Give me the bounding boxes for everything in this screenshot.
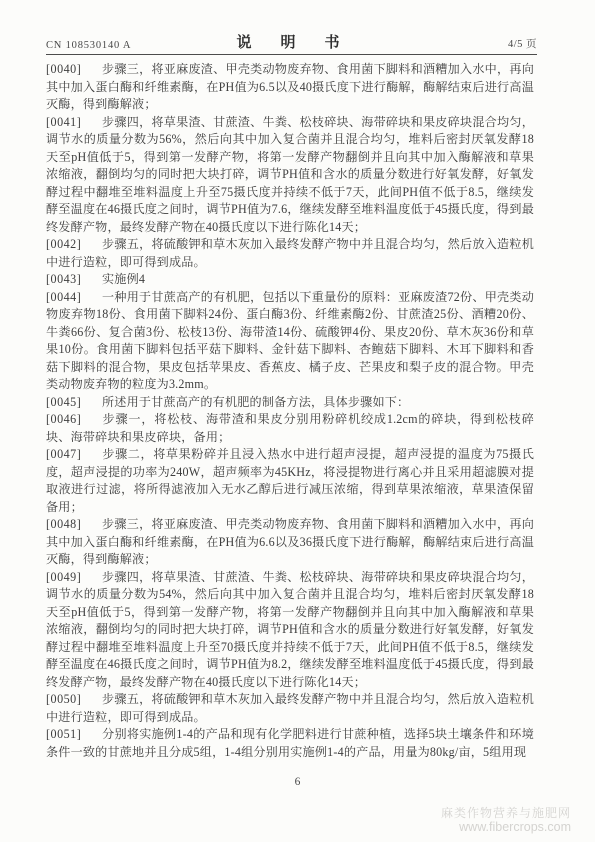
page-header: CN 108530140 A 说 明 书 4/5 页: [46, 34, 537, 55]
paragraph-number: [0045]: [46, 394, 86, 412]
paragraph-text: 步骤四，将草果渣、甘蔗渣、牛粪、松枝碎块、海带碎块和果皮碎块混合均匀，调节水的质…: [46, 570, 534, 689]
watermark-site-url: www.fibercrops.com: [441, 820, 571, 834]
paragraph-text: 分别将实施例1-4的产品和现有化学肥料进行甘蔗种植，选择5块土壤条件和环境条件一…: [46, 727, 534, 759]
paragraph-text: 步骤四，将草果渣、甘蔗渣、牛粪、松枝碎块、海带碎块和果皮碎块混合均匀，调节水的质…: [46, 115, 534, 234]
paragraph-number: [0043]: [46, 271, 86, 289]
paragraph-number: [0042]: [46, 236, 86, 254]
paragraph-text: 一种用于甘蔗高产的有机肥，包括以下重量份的原料：亚麻废渣72份、甲壳类动物废弃物…: [46, 290, 534, 392]
paragraph-text: 步骤五，将硫酸钾和草木灰加入最终发酵产物中并且混合均匀，然后放入造粒机中进行造粒…: [46, 237, 534, 269]
page-number: 6: [0, 776, 595, 788]
paragraph-text: 所述用于甘蔗高产的有机肥的制备方法，具体步骤如下：: [102, 395, 409, 409]
paragraph-number: [0040]: [46, 61, 86, 79]
paragraph-text: 步骤一，将松枝、海带渣和果皮分别用粉碎机绞成1.2cm的碎块，得到松枝碎块、海带…: [46, 412, 534, 444]
document-title: 说 明 书: [46, 31, 537, 52]
paragraph: [0051]分别将实施例1-4的产品和现有化学肥料进行甘蔗种植，选择5块土壤条件…: [46, 726, 534, 761]
paragraph-number: [0049]: [46, 569, 86, 587]
paragraph: [0050]步骤五，将硫酸钾和草木灰加入最终发酵产物中并且混合均匀，然后放入造粒…: [46, 691, 534, 726]
paragraph-number: [0051]: [46, 726, 86, 744]
paragraph-number: [0050]: [46, 691, 86, 709]
paragraph: [0041]步骤四，将草果渣、甘蔗渣、牛粪、松枝碎块、海带碎块和果皮碎块混合均匀…: [46, 114, 534, 237]
paragraph-text: 步骤五，将硫酸钾和草木灰加入最终发酵产物中并且混合均匀，然后放入造粒机中进行造粒…: [46, 692, 534, 724]
paragraph-text: 实施例4: [102, 272, 145, 286]
paragraph-number: [0041]: [46, 114, 86, 132]
paragraph-number: [0048]: [46, 516, 86, 534]
paragraph-number: [0044]: [46, 289, 86, 307]
body-text: [0040]步骤三，将亚麻废渣、甲壳类动物废弃物、食用菌下脚料和酒糟加入水中，再…: [46, 61, 534, 761]
paragraph: [0047]步骤二，将草果粉碎并且浸入热水中进行超声浸提，超声浸提的温度为75摄…: [46, 446, 534, 516]
watermark: 麻类作物营养与施肥网 www.fibercrops.com: [441, 806, 571, 834]
paragraph-text: 步骤二，将草果粉碎并且浸入热水中进行超声浸提，超声浸提的温度为75摄氏度，超声浸…: [46, 447, 534, 514]
paragraph: [0040]步骤三，将亚麻废渣、甲壳类动物废弃物、食用菌下脚料和酒糟加入水中，再…: [46, 61, 534, 114]
patent-specification-page: CN 108530140 A 说 明 书 4/5 页 [0040]步骤三，将亚麻…: [0, 0, 595, 842]
paragraph: [0042]步骤五，将硫酸钾和草木灰加入最终发酵产物中并且混合均匀，然后放入造粒…: [46, 236, 534, 271]
paragraph-text: 步骤三，将亚麻废渣、甲壳类动物废弃物、食用菌下脚料和酒糟加入水中，再向其中加入蛋…: [46, 62, 534, 111]
paragraph: [0045]所述用于甘蔗高产的有机肥的制备方法，具体步骤如下：: [46, 394, 534, 412]
paragraph-number: [0047]: [46, 446, 86, 464]
paragraph: [0048]步骤三，将亚麻废渣、甲壳类动物废弃物、食用菌下脚料和酒糟加入水中，再…: [46, 516, 534, 569]
paragraph: [0043]实施例4: [46, 271, 534, 289]
page-indicator: 4/5 页: [508, 36, 537, 51]
paragraph: [0049]步骤四，将草果渣、甘蔗渣、牛粪、松枝碎块、海带碎块和果皮碎块混合均匀…: [46, 569, 534, 692]
paragraph: [0044]一种用于甘蔗高产的有机肥，包括以下重量份的原料：亚麻废渣72份、甲壳…: [46, 289, 534, 394]
watermark-site-name: 麻类作物营养与施肥网: [441, 806, 571, 820]
paragraph-text: 步骤三，将亚麻废渣、甲壳类动物废弃物、食用菌下脚料和酒糟加入水中，再向其中加入蛋…: [46, 517, 534, 566]
paragraph: [0046]步骤一，将松枝、海带渣和果皮分别用粉碎机绞成1.2cm的碎块，得到松…: [46, 411, 534, 446]
paragraph-number: [0046]: [46, 411, 86, 429]
